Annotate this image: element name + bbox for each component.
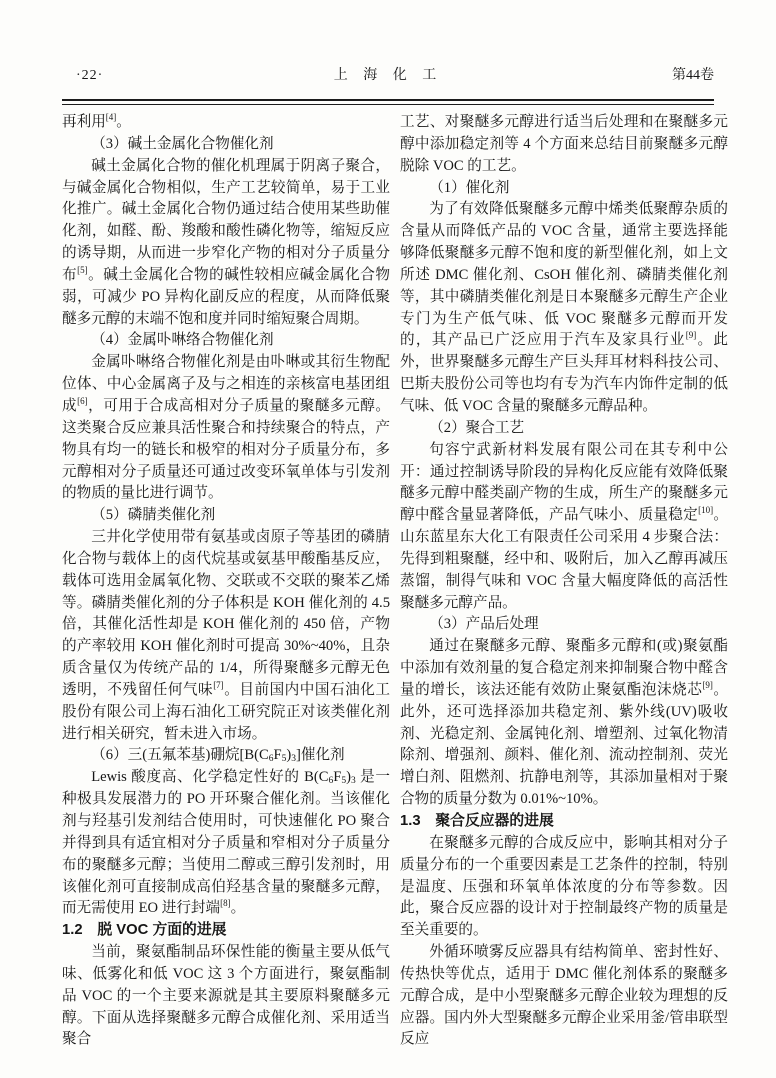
- citation-ref: [4]: [106, 112, 117, 122]
- article-body: 再利用[4]。（3）碱土金属化合物催化剂碱土金属化合物的催化机理属于阴离子聚合，…: [62, 112, 728, 1051]
- section-heading: 1.3 聚合反应器的进展: [400, 811, 728, 833]
- paragraph: 金属卟啉络合物催化剂是由卟啉或其衍生物配位体、中心金属离子及与之相连的亲核富电基…: [62, 352, 390, 505]
- volume-number: 第44卷: [672, 66, 714, 86]
- citation-ref: [9]: [686, 331, 697, 341]
- subsection-heading: （2）聚合工艺: [400, 418, 728, 440]
- running-header: ·22· 上 海 化 工 第44卷: [62, 66, 714, 86]
- journal-page: ·22· 上 海 化 工 第44卷 再利用[4]。（3）碱土金属化合物催化剂碱土…: [0, 0, 776, 1078]
- citation-ref: [5]: [77, 265, 88, 275]
- journal-title: 上 海 化 工: [62, 66, 714, 86]
- subsection-heading: （3）产品后处理: [400, 614, 728, 636]
- paragraph: 三井化学使用带有氨基或卤原子等基团的磷腈化合物与载体上的卤代烷基或氨基甲酸酯基反…: [62, 527, 390, 745]
- subsection-heading: （1）催化剂: [400, 178, 728, 200]
- subsection-heading: （4）金属卟啉络合物催化剂: [62, 330, 390, 352]
- paragraph: 再利用[4]。: [62, 112, 390, 134]
- paragraph: 通过在聚醚多元醇、聚酯多元醇和(或)聚氨酯中添加有效剂量的复合稳定剂来抑制聚合物…: [400, 636, 728, 811]
- citation-ref: [6]: [77, 396, 88, 406]
- column-right: 工艺、对聚醚多元醇进行适当后处理和在聚醚多元醇中添加稳定剂等 4 个方面来总结目…: [400, 112, 728, 1051]
- paragraph: 为了有效降低聚醚多元醇中烯类低聚醇杂质的含量从而降低产品的 VOC 含量，通常主…: [400, 199, 728, 417]
- paragraph: 碱土金属化合物的催化机理属于阴离子聚合，与碱金属化合物相似，生产工艺较简单，易于…: [62, 156, 390, 331]
- paragraph: 外循环喷雾反应器具有结构简单、密封性好、传热快等优点，适用于 DMC 催化剂体系…: [400, 942, 728, 1051]
- header-divider-rule: [62, 99, 714, 105]
- citation-ref: [7]: [213, 680, 224, 690]
- paragraph: 工艺、对聚醚多元醇进行适当后处理和在聚醚多元醇中添加稳定剂等 4 个方面来总结目…: [400, 112, 728, 178]
- paragraph: 句容宁武新材料发展有限公司在其专利中公开：通过控制诱导阶段的异构化反应能有效降低…: [400, 440, 728, 615]
- paragraph: 在聚醚多元醇的合成反应中，影响其相对分子质量分布的一个重要因素是工艺条件的控制，…: [400, 833, 728, 942]
- paragraph: 当前，聚氨酯制品环保性能的衡量主要从低气味、低雾化和低 VOC 这 3 个方面进…: [62, 942, 390, 1051]
- citation-ref: [10]: [698, 505, 713, 515]
- section-heading: 1.2 脱 VOC 方面的进展: [62, 920, 390, 942]
- subsection-heading: （5）磷腈类催化剂: [62, 505, 390, 527]
- subsection-heading: （6）三(五氟苯基)硼烷[B(C6F5)3]催化剂: [62, 745, 390, 767]
- paragraph: Lewis 酸度高、化学稳定性好的 B(C6F5)3 是一种极具发展潜力的 PO…: [62, 767, 390, 920]
- citation-ref: [9]: [702, 680, 713, 690]
- subsection-heading: （3）碱土金属化合物催化剂: [62, 134, 390, 156]
- column-left: 再利用[4]。（3）碱土金属化合物催化剂碱土金属化合物的催化机理属于阴离子聚合，…: [62, 112, 390, 1051]
- citation-ref: [8]: [220, 899, 231, 909]
